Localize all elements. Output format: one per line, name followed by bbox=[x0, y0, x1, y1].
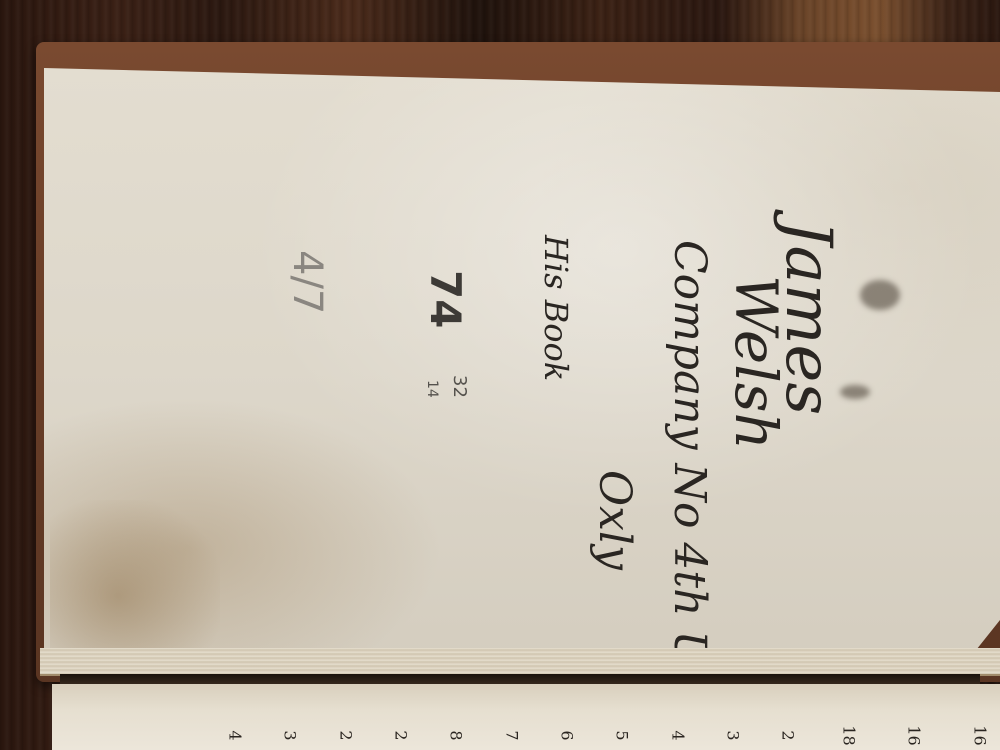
water-stain bbox=[50, 500, 220, 660]
inscription-place: Oxly bbox=[589, 470, 640, 570]
page-edges bbox=[40, 648, 1000, 676]
printed-number: 16 bbox=[970, 725, 989, 745]
printed-number: 6 bbox=[558, 730, 577, 740]
printed-number: 2 bbox=[336, 730, 355, 740]
printed-number: 5 bbox=[613, 730, 632, 740]
printed-number: 3 bbox=[281, 730, 300, 740]
inscription-name-last: Welsh bbox=[722, 275, 790, 450]
printed-number: 4 bbox=[668, 730, 687, 740]
printed-number: 4 bbox=[226, 730, 245, 740]
inscription-his-book: His Book bbox=[537, 235, 575, 381]
printed-number: 18 bbox=[839, 725, 858, 745]
ink-smudge bbox=[860, 280, 900, 310]
printed-number: 16 bbox=[905, 725, 924, 745]
printed-number: 7 bbox=[502, 730, 521, 740]
pencil-marks: 4/7 bbox=[284, 250, 330, 314]
pencil-number-small-1: 32 bbox=[449, 375, 470, 398]
printed-number: 3 bbox=[724, 730, 743, 740]
printed-number: 2 bbox=[392, 730, 411, 740]
printed-number: 2 bbox=[779, 730, 798, 740]
pencil-number-small-2: 14 bbox=[424, 380, 440, 398]
lower-book-printed-numbers: 4 3 2 2 8 7 6 5 4 3 2 18 16 16 bbox=[230, 720, 990, 750]
printed-number: 8 bbox=[447, 730, 466, 740]
pencil-number-large: 74 bbox=[421, 270, 470, 328]
